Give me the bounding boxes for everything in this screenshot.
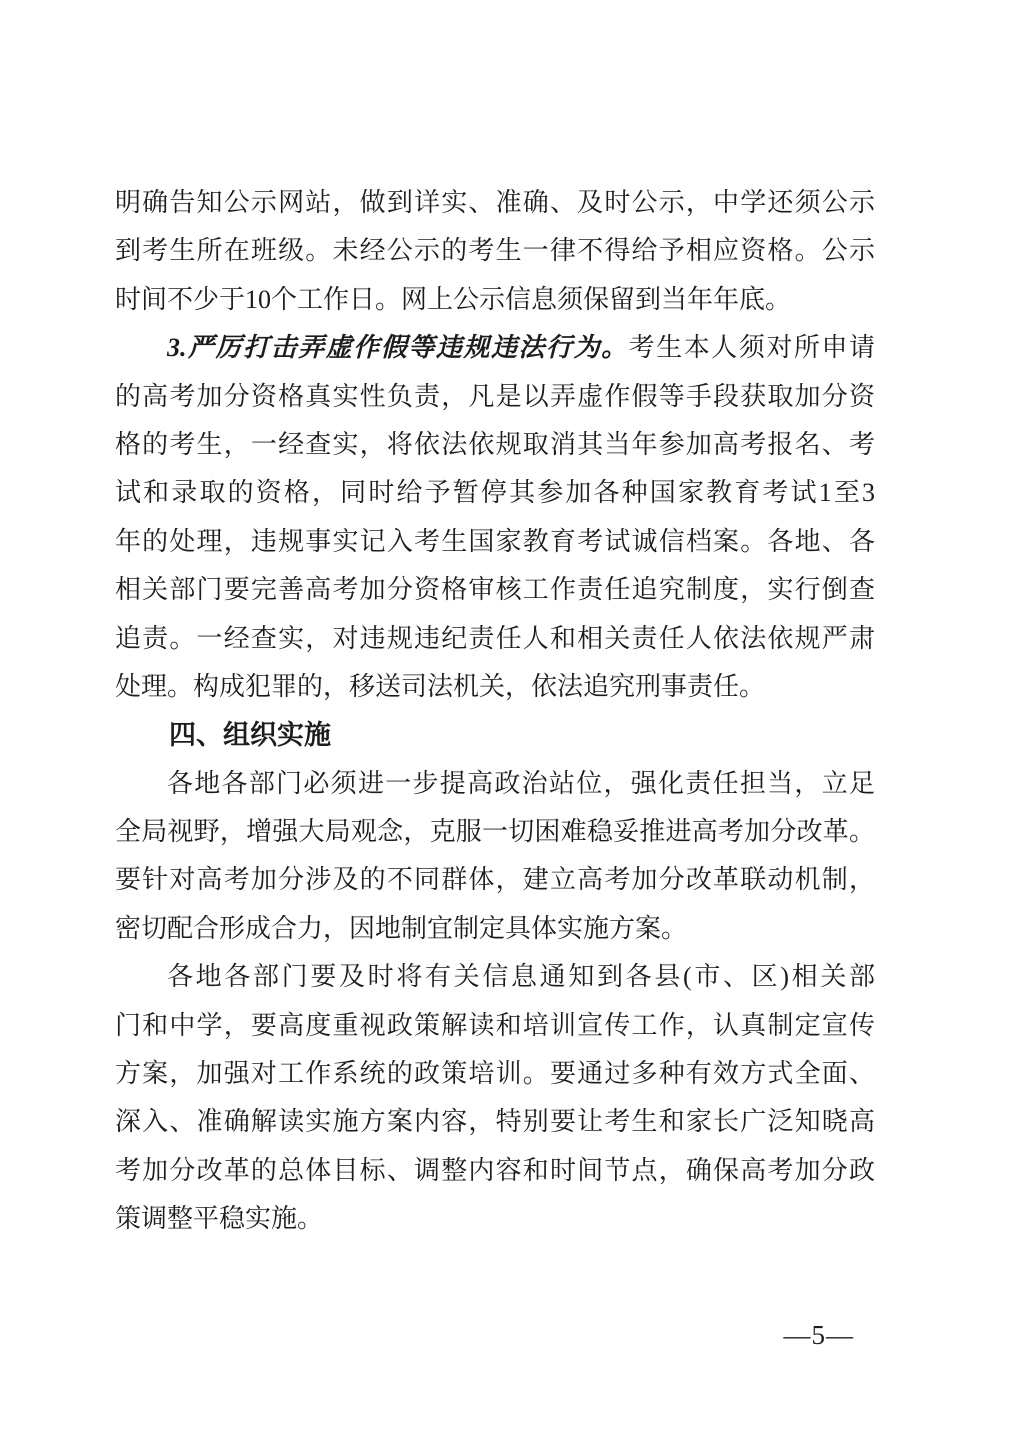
- text-line: 处理。构成犯罪的，移送司法机关，依法追究刑事责任。: [115, 663, 875, 711]
- text-line: 四、组织实施: [115, 711, 875, 759]
- para-implementation-overall: 各地各部门必须进一步提高政治站位，强化责任担当，立足全局视野，增强大局观念，克服…: [115, 760, 875, 954]
- text-line: 深入、准确解读实施方案内容，特别要让考生和家长广泛知晓高: [115, 1098, 875, 1146]
- text-segment-normal: 全局视野，增强大局观念，克服一切困难稳妥推进高考加分改革。: [115, 817, 875, 846]
- text-segment-normal: 试和录取的资格，同时给予暂停其参加各种国家教育考试1至3: [115, 478, 875, 507]
- text-line: 3.严厉打击弄虚作假等违规违法行为。考生本人须对所申请: [115, 324, 875, 372]
- text-line: 相关部门要完善高考加分资格审核工作责任追究制度，实行倒查: [115, 566, 875, 614]
- text-line: 到考生所在班级。未经公示的考生一律不得给予相应资格。公示: [115, 227, 875, 275]
- document-body: 明确告知公示网站，做到详实、准确、及时公示，中学还须公示到考生所在班级。未经公示…: [115, 179, 875, 1244]
- text-line: 明确告知公示网站，做到详实、准确、及时公示，中学还须公示: [115, 179, 875, 227]
- text-segment-normal: 的高考加分资格真实性负责，凡是以弄虚作假等手段获取加分资: [115, 382, 875, 411]
- text-line: 年的处理，违规事实记入考生国家教育考试诚信档案。各地、各: [115, 518, 875, 566]
- text-line: 时间不少于10个工作日。网上公示信息须保留到当年年底。: [115, 276, 875, 324]
- text-line: 门和中学，要高度重视政策解读和培训宣传工作，认真制定宣传: [115, 1002, 875, 1050]
- text-line: 全局视野，增强大局观念，克服一切困难稳妥推进高考加分改革。: [115, 808, 875, 856]
- text-line: 各地各部门要及时将有关信息通知到各县(市、区)相关部: [115, 953, 875, 1001]
- text-segment-normal: 方案，加强对工作系统的政策培训。要通过多种有效方式全面、: [115, 1059, 875, 1088]
- text-line: 策调整平稳实施。: [115, 1195, 875, 1243]
- text-segment-normal: 明确告知公示网站，做到详实、准确、及时公示，中学还须公示: [115, 188, 875, 217]
- para-publicity-continued: 明确告知公示网站，做到详实、准确、及时公示，中学还须公示到考生所在班级。未经公示…: [115, 179, 875, 324]
- text-segment-normal: 到考生所在班级。未经公示的考生一律不得给予相应资格。公示: [115, 236, 875, 265]
- text-segment-normal: 门和中学，要高度重视政策解读和培训宣传工作，认真制定宣传: [115, 1011, 875, 1040]
- text-line: 各地各部门必须进一步提高政治站位，强化责任担当，立足: [115, 760, 875, 808]
- heading-section-4-organization: 四、组织实施: [115, 711, 875, 759]
- text-segment-normal: 处理。构成犯罪的，移送司法机关，依法追究刑事责任。: [115, 672, 765, 701]
- text-line: 追责。一经查实，对违规违纪责任人和相关责任人依法依规严肃: [115, 615, 875, 663]
- text-segment-normal: 深入、准确解读实施方案内容，特别要让考生和家长广泛知晓高: [115, 1107, 875, 1136]
- text-segment-heading-bold: 四、组织实施: [169, 720, 331, 750]
- para-item-3-fraud-crackdown: 3.严厉打击弄虚作假等违规违法行为。考生本人须对所申请的高考加分资格真实性负责，…: [115, 324, 875, 711]
- text-line: 格的考生，一经查实，将依法依规取消其当年参加高考报名、考: [115, 421, 875, 469]
- text-segment-normal: 时间不少于10个工作日。网上公示信息须保留到当年年底。: [115, 285, 791, 314]
- text-segment-normal: 要针对高考加分涉及的不同群体，建立高考加分改革联动机制，: [115, 865, 875, 894]
- text-segment-normal: 年的处理，违规事实记入考生国家教育考试诚信档案。各地、各: [115, 527, 875, 556]
- text-segment-bold-italic: 3.严厉打击弄虚作假等违规违法行为。: [167, 333, 629, 362]
- text-line: 密切配合形成合力，因地制宜制定具体实施方案。: [115, 905, 875, 953]
- text-segment-normal: 相关部门要完善高考加分资格审核工作责任追究制度，实行倒查: [115, 575, 875, 604]
- text-segment-normal: 考加分改革的总体目标、调整内容和时间节点，确保高考加分政: [115, 1156, 875, 1185]
- text-line: 方案，加强对工作系统的政策培训。要通过多种有效方式全面、: [115, 1050, 875, 1098]
- text-segment-normal: 考生本人须对所申请: [629, 333, 875, 362]
- text-segment-normal: 密切配合形成合力，因地制宜制定具体实施方案。: [115, 914, 687, 943]
- document-page: 明确告知公示网站，做到详实、准确、及时公示，中学还须公示到考生所在班级。未经公示…: [0, 0, 1024, 1446]
- text-line: 考加分改革的总体目标、调整内容和时间节点，确保高考加分政: [115, 1147, 875, 1195]
- para-information-and-publicity: 各地各部门要及时将有关信息通知到各县(市、区)相关部门和中学，要高度重视政策解读…: [115, 953, 875, 1243]
- text-segment-normal: 格的考生，一经查实，将依法依规取消其当年参加高考报名、考: [115, 430, 875, 459]
- text-line: 试和录取的资格，同时给予暂停其参加各种国家教育考试1至3: [115, 469, 875, 517]
- text-segment-normal: 各地各部门要及时将有关信息通知到各县(市、区)相关部: [167, 962, 875, 991]
- text-line: 要针对高考加分涉及的不同群体，建立高考加分改革联动机制，: [115, 856, 875, 904]
- page-number: —5—: [784, 1320, 855, 1351]
- text-segment-normal: 追责。一经查实，对违规违纪责任人和相关责任人依法依规严肃: [115, 624, 875, 653]
- text-segment-normal: 各地各部门必须进一步提高政治站位，强化责任担当，立足: [167, 769, 875, 798]
- text-line: 的高考加分资格真实性负责，凡是以弄虚作假等手段获取加分资: [115, 373, 875, 421]
- text-segment-normal: 策调整平稳实施。: [115, 1204, 323, 1233]
